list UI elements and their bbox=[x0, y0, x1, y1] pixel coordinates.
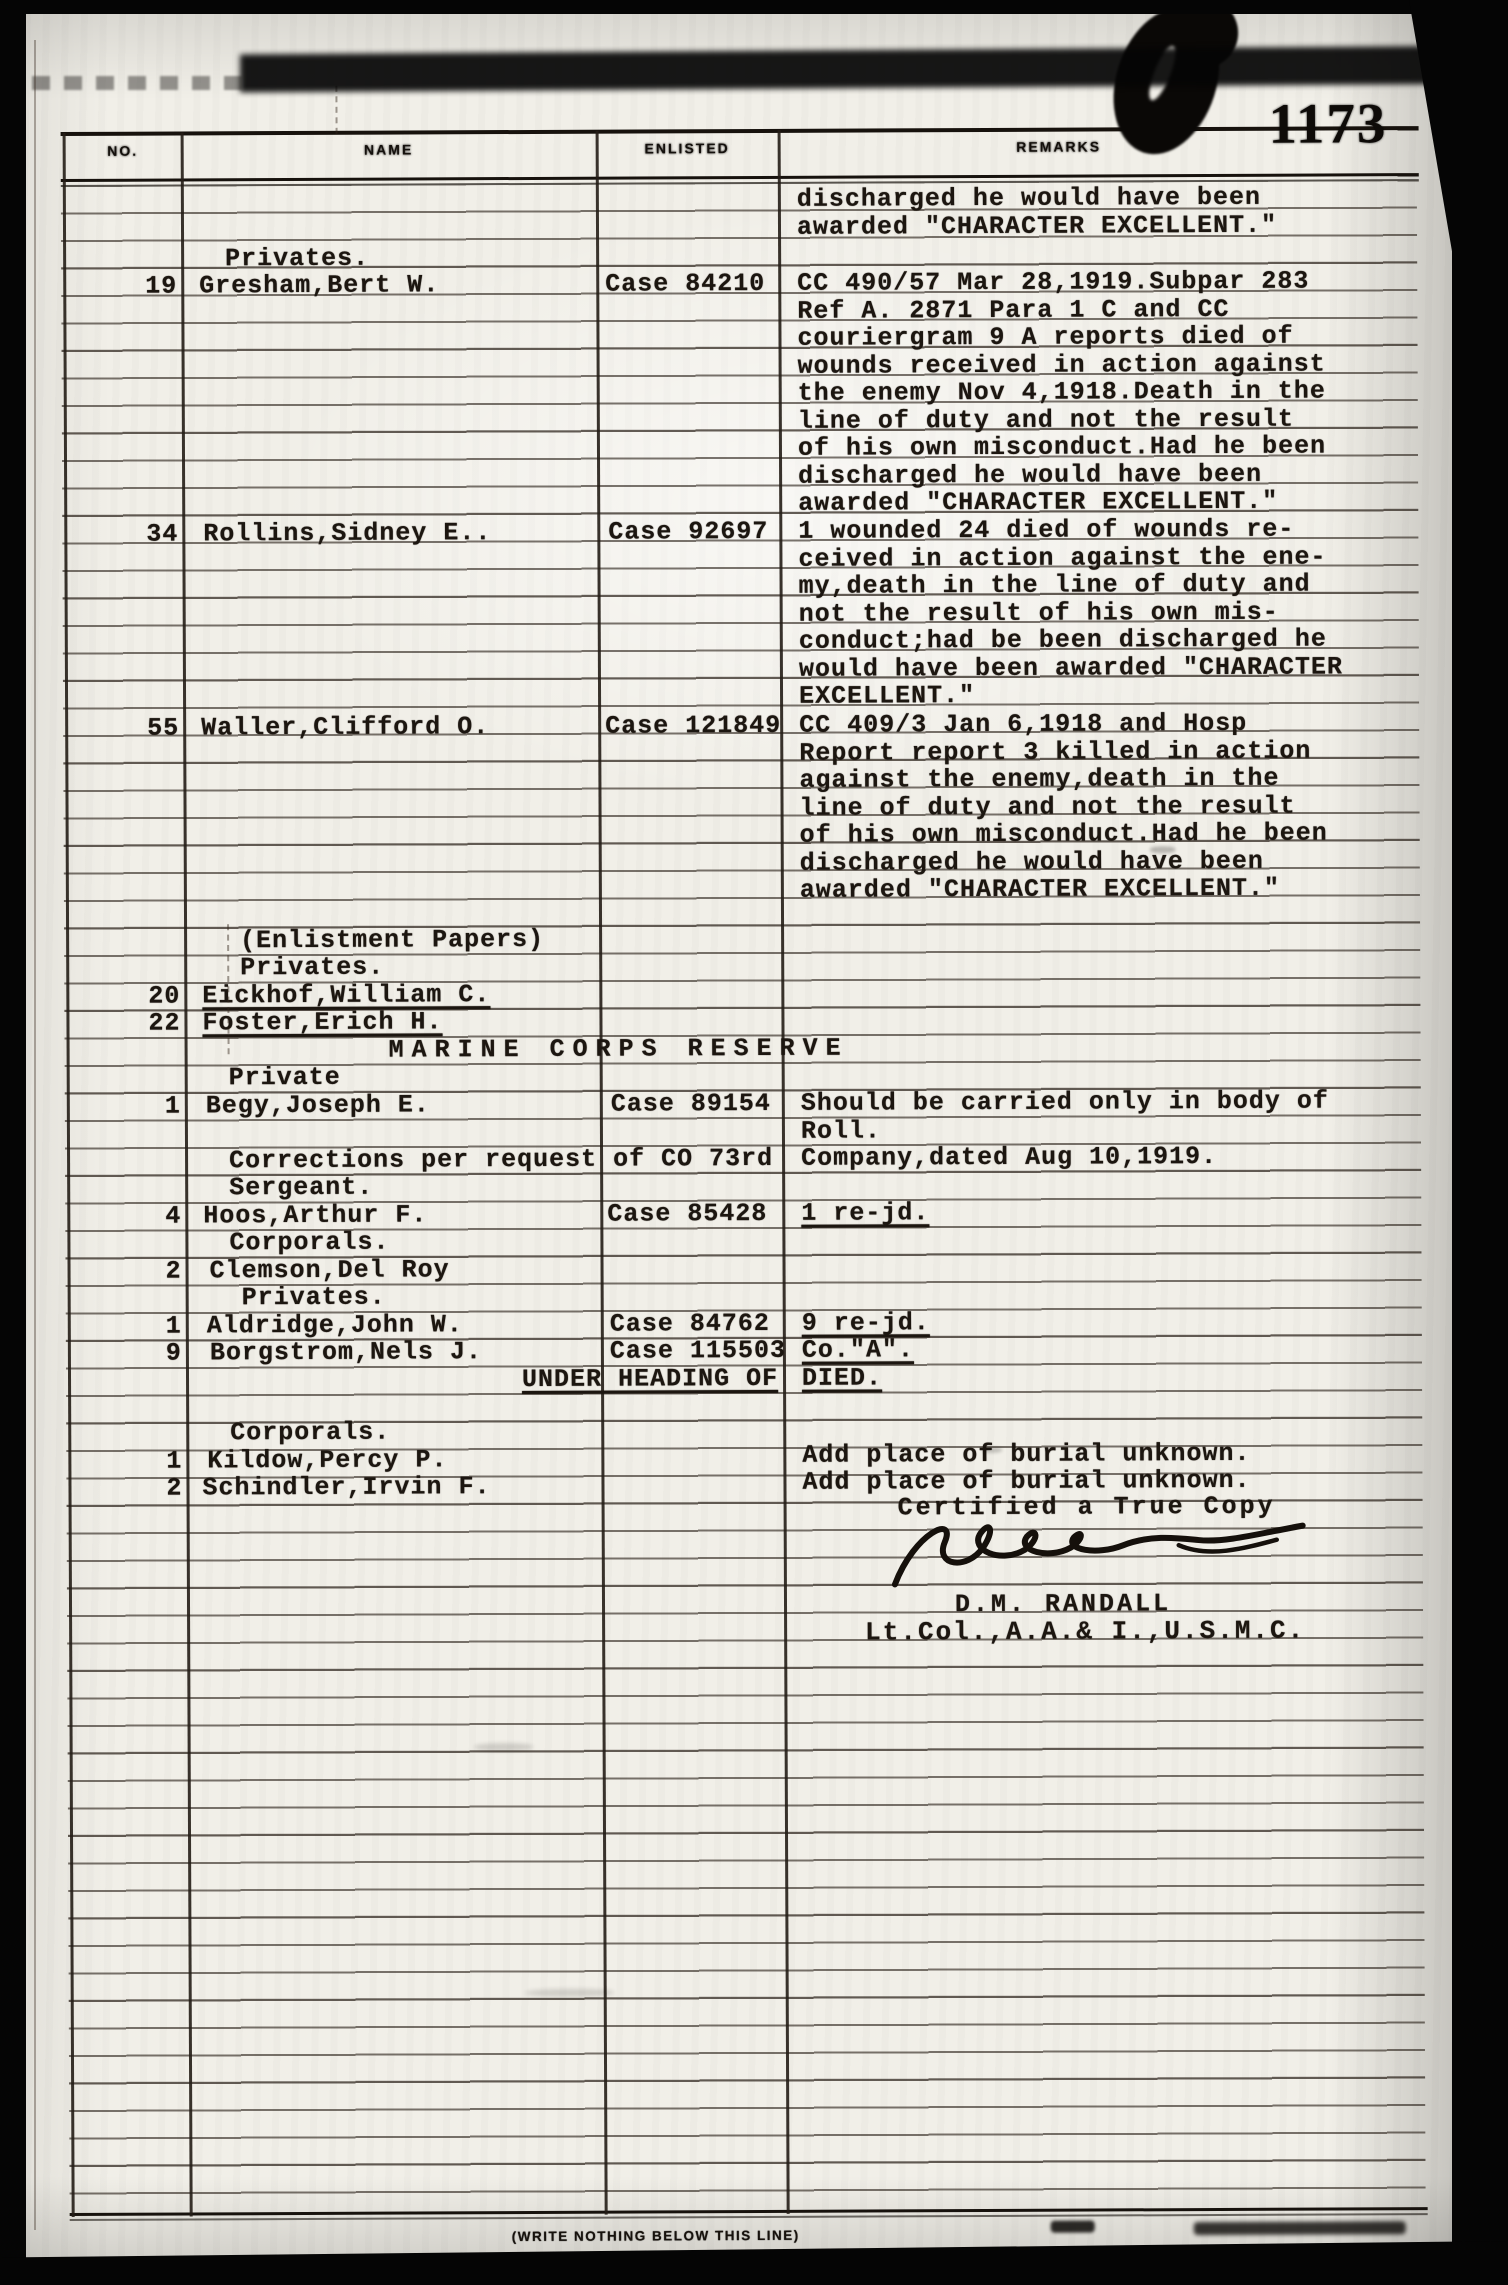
certifier-title: Lt.Col.,A.A.& I.,U.S.M.C. bbox=[865, 1618, 1305, 1647]
row-number: 22 bbox=[68, 1010, 180, 1038]
paper-curl-line bbox=[34, 40, 36, 2230]
name-rollins: Rollins,Sidney E.. bbox=[203, 519, 491, 548]
remarks-begy: Should be carried only in body of Roll. bbox=[801, 1087, 1329, 1144]
scan-edge-right bbox=[1452, 0, 1508, 2285]
row-number: 20 bbox=[68, 983, 180, 1011]
remarks-hoos: 1 re-jd. bbox=[801, 1199, 929, 1227]
column-header-remarks: REMARKS bbox=[779, 137, 1339, 155]
banner-died: DIED. bbox=[802, 1364, 882, 1392]
corrections-note-left: Corrections per request of CO 73rd bbox=[229, 1145, 773, 1175]
remarks-rollins: 1 wounded 24 died of wounds re- ceived i… bbox=[798, 515, 1343, 710]
column-header-name: NAME bbox=[182, 141, 596, 159]
name-hoos: Hoos,Arthur F. bbox=[203, 1201, 427, 1229]
rank-label-privates: Privates. bbox=[240, 954, 384, 982]
row-number: 9 bbox=[70, 1340, 182, 1368]
column-header-enlisted: ENLISTED bbox=[597, 140, 778, 157]
section-label-enlistment-papers: (Enlistment Papers) bbox=[240, 926, 544, 955]
corrections-note-right: Company,dated Aug 10,1919. bbox=[801, 1143, 1217, 1172]
pencil-mark-artifact bbox=[335, 86, 337, 134]
name-eickhof: Eickhof,William C. bbox=[202, 981, 490, 1010]
rank-label-private: Private bbox=[229, 1064, 341, 1092]
row-number: 1 bbox=[70, 1447, 182, 1475]
remarks-carryover: discharged he would have been awarded "C… bbox=[797, 184, 1277, 241]
case-number: Case 89154 bbox=[611, 1090, 771, 1118]
name-kildow: Kildow,Percy P. bbox=[207, 1446, 447, 1475]
name-begy: Begy,Joseph E. bbox=[206, 1091, 430, 1119]
name-foster: Foster,Erich H. bbox=[202, 1008, 442, 1037]
remarks-waller: CC 409/3 Jan 6,1918 and Hosp Report repo… bbox=[799, 709, 1328, 904]
name-aldridge: Aldridge,John W. bbox=[207, 1311, 463, 1340]
rank-label-privates: Privates. bbox=[242, 1284, 386, 1312]
row-number: 1 bbox=[69, 1093, 181, 1121]
rank-label-corporals: Corporals. bbox=[230, 1419, 390, 1447]
remarks-borgstrom: Co."A". bbox=[802, 1336, 914, 1364]
case-number: Case 115503 bbox=[610, 1337, 786, 1365]
page-content: NO. NAME ENLISTED REMARKS 1173 discharge… bbox=[0, 0, 1508, 2285]
row-number: 2 bbox=[69, 1258, 181, 1286]
rank-label-sergeant: Sergeant. bbox=[229, 1174, 373, 1202]
case-number: Case 121849 bbox=[605, 712, 781, 740]
signature-graphic bbox=[881, 1503, 1321, 1600]
table-top-border bbox=[61, 126, 1419, 136]
row-number: 2 bbox=[70, 1474, 182, 1502]
remarks-aldridge: 9 re-jd. bbox=[802, 1309, 930, 1337]
certifier-name: D.M. RANDALL bbox=[955, 1590, 1171, 1618]
name-gresham: Gresham,Bert W. bbox=[199, 271, 439, 300]
scan-edge-top bbox=[0, 0, 1508, 14]
remarks-kildow: Add place of burial unknown. bbox=[802, 1440, 1250, 1469]
name-borgstrom: Borgstrom,Nels J. bbox=[210, 1338, 482, 1367]
row-number: 34 bbox=[66, 521, 178, 549]
name-clemson: Clemson,Del Roy bbox=[209, 1256, 449, 1285]
scan-edge-left bbox=[0, 0, 26, 2285]
name-waller: Waller,Clifford O. bbox=[201, 713, 489, 742]
case-number: Case 84762 bbox=[610, 1310, 770, 1338]
page-number: 1173 bbox=[1268, 91, 1387, 157]
rank-label-corporals: Corporals. bbox=[229, 1229, 389, 1257]
row-number: 4 bbox=[69, 1203, 181, 1231]
footer-print-code-smudge bbox=[1051, 2221, 1095, 2233]
name-schindler: Schindler,Irvin F. bbox=[202, 1473, 490, 1502]
banner-under-heading-of: UNDER HEADING OF bbox=[522, 1365, 778, 1394]
section-banner-marine-corps-reserve: MARINE CORPS RESERVE bbox=[389, 1035, 849, 1065]
column-header-no: NO. bbox=[65, 142, 181, 159]
remarks-gresham: CC 490/57 Mar 28,1919.Subpar 283 Ref A. … bbox=[797, 268, 1326, 518]
footer-gpo-smudge bbox=[1194, 2221, 1406, 2235]
case-number: Case 85428 bbox=[607, 1200, 767, 1228]
rank-label-privates: Privates. bbox=[225, 245, 369, 273]
footer-note: (WRITE NOTHING BELOW THIS LINE) bbox=[512, 2228, 800, 2244]
row-number: 55 bbox=[67, 715, 179, 743]
row-number: 19 bbox=[65, 273, 177, 301]
scan-noise-dashes bbox=[0, 76, 250, 90]
row-number: 1 bbox=[70, 1313, 182, 1341]
case-number: Case 92697 bbox=[608, 518, 768, 546]
scanned-muster-roll-page: NO. NAME ENLISTED REMARKS 1173 discharge… bbox=[0, 0, 1508, 2285]
case-number: Case 84210 bbox=[605, 270, 765, 298]
